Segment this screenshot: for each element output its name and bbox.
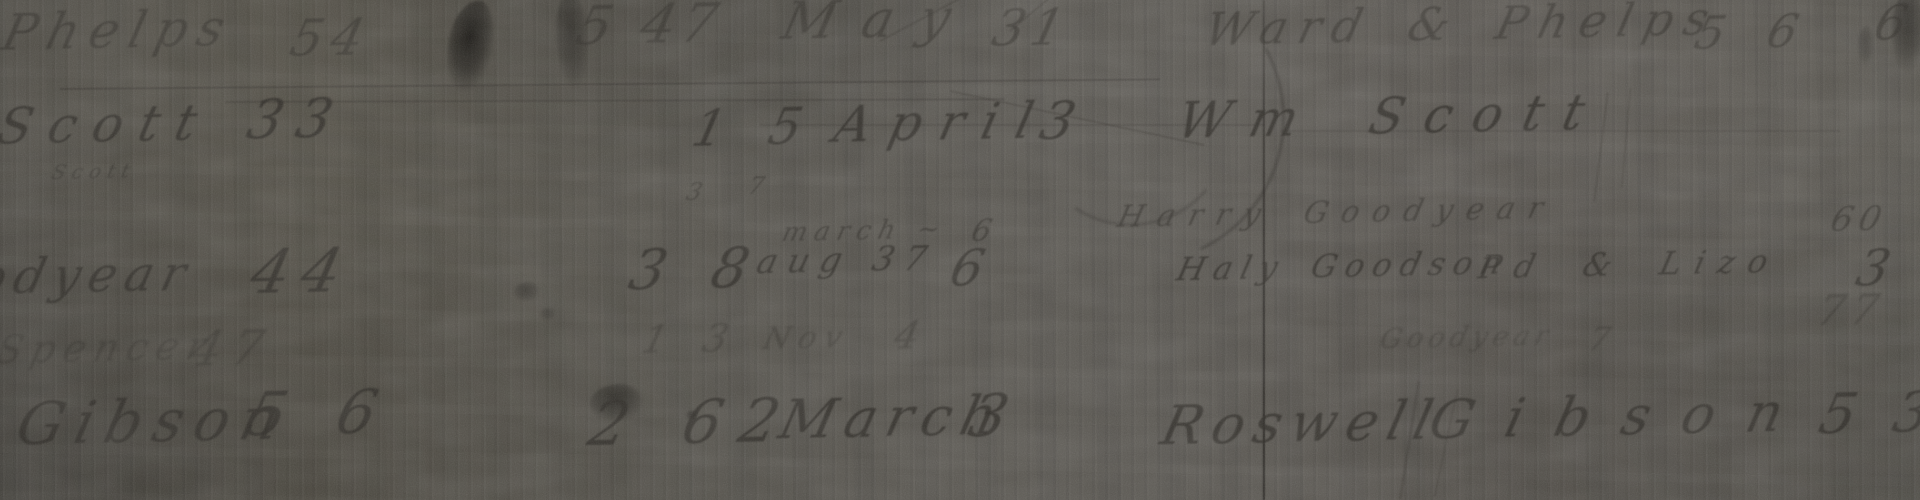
photo-vignette (0, 0, 1920, 500)
entry-amount: 1 3 (638, 316, 745, 362)
film-grain-texture (0, 0, 1920, 500)
ink-speck (1858, 26, 1874, 66)
entry-sub-figure: 3 (684, 178, 706, 206)
entry-month: May (776, 0, 982, 52)
entry-note-month: march ~ (779, 215, 950, 248)
ink-streak (1434, 389, 1459, 497)
ink-blot (590, 384, 644, 422)
entry-debtor-name: Phelps (0, 0, 240, 62)
entry-right-figure: 60 (1827, 199, 1892, 240)
entry-party-qty: 7 (1585, 320, 1614, 358)
entry-month: March (774, 383, 1013, 451)
entry-right-figure: 5 6 (1690, 4, 1818, 60)
ink-streak (1399, 381, 1421, 500)
entry-account-number: 54 (285, 8, 378, 68)
entry-amount: 1 5 (687, 97, 822, 158)
entry-party: Goodyear (1377, 320, 1557, 355)
entry-party-first-name: Roswell (1156, 388, 1448, 457)
ink-speck (686, 410, 699, 421)
ink-speck (514, 282, 540, 302)
ledger-page-photo: Phelps 54 5 47 May 31 Ward & Phelps 5 6 … (0, 0, 1920, 500)
entry-month: Nov (760, 320, 854, 357)
pencil-line (1280, 130, 1840, 132)
entry-day: 3 (962, 381, 1015, 450)
entry-note-day: 6 (968, 214, 995, 249)
entry-account-number: 44 (244, 236, 361, 308)
entry-debtor-name: Scott (0, 94, 219, 156)
entry-account-number: 47 (185, 320, 279, 378)
entry-account-number: 33 (242, 86, 354, 151)
pencil-scratch (1593, 92, 1608, 201)
entry-party: Haly Goodson (1173, 243, 1514, 288)
pencil-line (225, 98, 1005, 103)
entry-party-last-name: Gibson (1424, 380, 1822, 451)
entry-qty: 6 (945, 239, 990, 298)
entry-debtor-name: Gibson (10, 384, 297, 458)
entry-right-figure: 3 (1851, 239, 1896, 298)
entry-debtor-name: Spencer (0, 323, 218, 371)
entry-party-note: Pd & Lizo (1475, 242, 1785, 286)
ink-blot (442, 0, 500, 95)
entry-right-figure: 77 (1813, 285, 1890, 335)
ink-speck (540, 308, 556, 321)
ink-blot (552, 0, 594, 89)
entry-debtor-name: Goodyear (0, 246, 199, 308)
entry-amount: 5 47 (571, 0, 730, 57)
corner-smudge (1892, 0, 1920, 74)
entry-right-figure: 5 3 (1813, 380, 1920, 447)
entry-date: aug 37 (753, 238, 941, 282)
entry-sub-figure: 7 (746, 172, 768, 200)
entry-amount: 3 8 (623, 235, 770, 303)
pencil-scratch (1621, 88, 1632, 188)
entry-qty: 4 (890, 313, 924, 357)
paper-streak-texture (0, 0, 1920, 500)
entry-account-number: 5 6 (240, 377, 400, 450)
entry-name-note: Scott (50, 158, 139, 184)
entry-party: Ward & Phelps (1200, 0, 1726, 56)
